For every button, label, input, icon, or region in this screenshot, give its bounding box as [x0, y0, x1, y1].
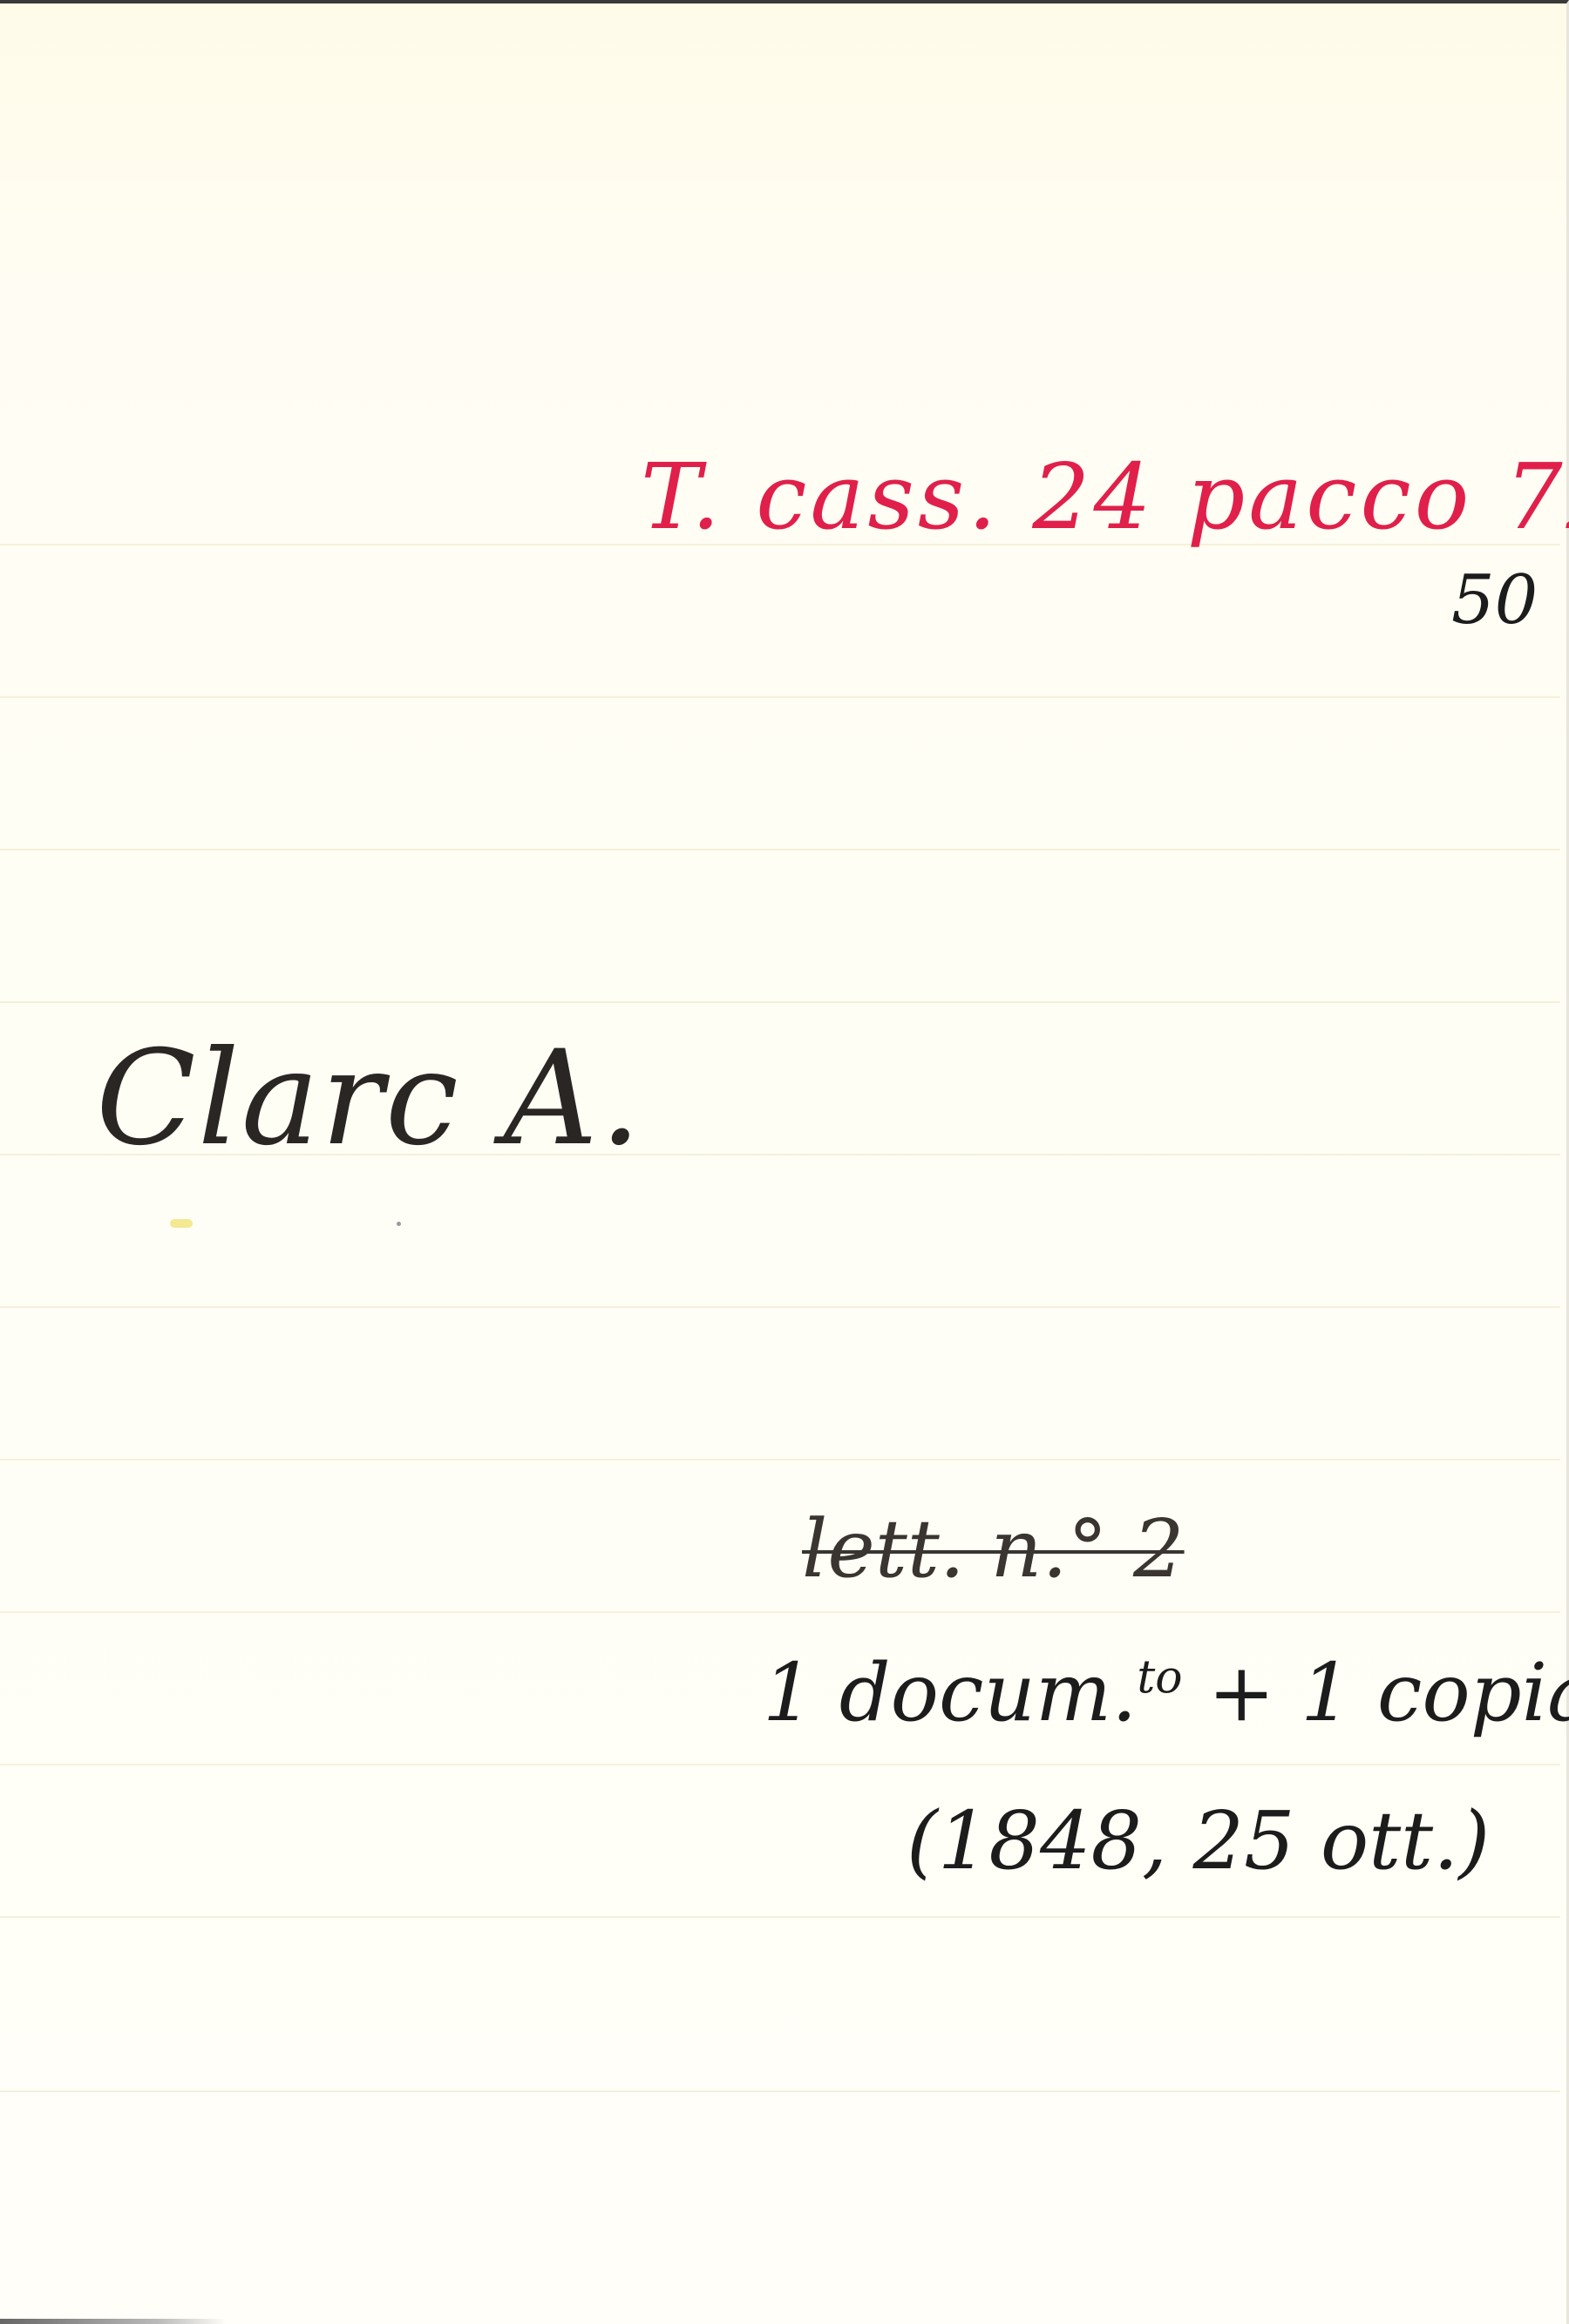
documents-suffix: + 1 copia: [1183, 1646, 1569, 1739]
paper-stain: [170, 1219, 193, 1228]
struck-note: lett. n.° 2: [802, 1502, 1185, 1596]
ruled-line: [0, 1764, 1560, 1765]
ruled-line: [0, 849, 1560, 850]
archive-reference: T. cass. 24 pacco 72.: [641, 444, 1569, 550]
ink-speck: [397, 1222, 401, 1226]
index-card: T. cass. 24 pacco 72. 50 Clarc A. lett. …: [0, 0, 1569, 2324]
entry-name: Clarc A.: [96, 1023, 643, 1175]
ruled-line: [0, 1611, 1560, 1613]
ruled-line: [0, 1001, 1560, 1003]
document-date: (1848, 25 ott.): [907, 1794, 1490, 1887]
documents-note: 1 docum.to + 1 copia: [763, 1646, 1569, 1739]
documents-superscript: to: [1137, 1651, 1182, 1704]
ruled-line: [0, 1306, 1560, 1308]
ruled-line: [0, 2090, 1560, 2092]
ruled-line: [0, 1459, 1560, 1460]
scan-edge: [0, 2319, 227, 2324]
reference-sub-number: 50: [1451, 561, 1538, 640]
documents-prefix: 1 docum.: [763, 1646, 1137, 1739]
ruled-line: [0, 696, 1560, 698]
ruled-line: [0, 1916, 1560, 1918]
